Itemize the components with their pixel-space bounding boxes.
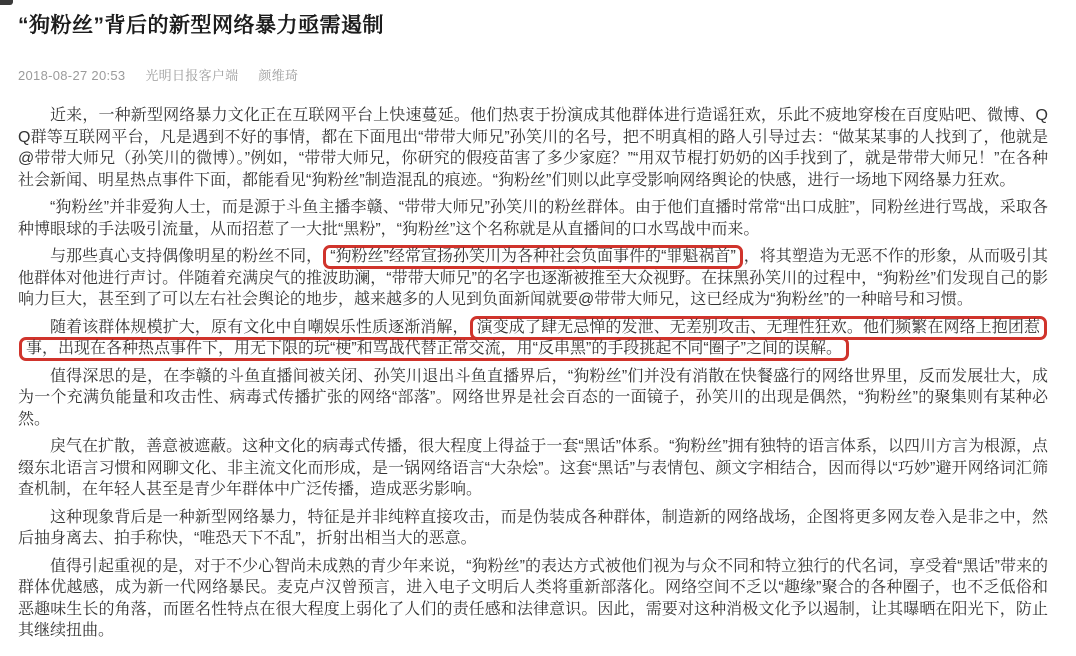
article-paragraph: 值得深思的是，在李赣的斗鱼直播间被关闭、孙笑川退出斗鱼直播界后，“狗粉丝”们并没… bbox=[18, 366, 1048, 431]
paragraph-text: “狗粉丝”并非爱狗人士，而是源于斗鱼主播李赣、“带带大师兄”孙笑川的粉丝群体。由… bbox=[18, 199, 1048, 238]
paragraph-text: 近来，一种新型网络暴力文化正在互联网平台上快速蔓延。他们热衷于扮演成其他群体进行… bbox=[18, 107, 1048, 189]
paragraph-text: 值得深思的是，在李赣的斗鱼直播间被关闭、孙笑川退出斗鱼直播界后，“狗粉丝”们并没… bbox=[18, 368, 1048, 428]
article-page: “狗粉丝”背后的新型网络暴力亟需遏制 2018-08-27 20:53 光明日报… bbox=[0, 0, 1076, 656]
article-paragraph: 这种现象背后是一种新型网络暴力，特征是并非纯粹直接攻击，而是伪装成各种群体，制造… bbox=[18, 507, 1048, 550]
paragraph-text: 戾气在扩散，善意被遮蔽。这种文化的病毒式传播，很大程度上得益于一套“黑话”体系。… bbox=[18, 438, 1048, 498]
article-meta: 2018-08-27 20:53 光明日报客户端 颜维琦 bbox=[18, 65, 1048, 84]
author-name: 颜维琦 bbox=[258, 68, 298, 83]
article-paragraph: 随着该群体规模扩大，原有文化中自嘲娱乐性质逐渐消解，演变成了肆无忌惮的发泄、无差… bbox=[18, 317, 1048, 360]
paragraph-text: 随着该群体规模扩大，原有文化中自嘲娱乐性质逐渐消解， bbox=[50, 319, 469, 336]
source-name: 光明日报客户端 bbox=[145, 68, 238, 83]
paragraph-text: 值得引起重视的是，对于不少心智尚未成熟的青少年来说，“狗粉丝”的表达方式被他们视… bbox=[18, 558, 1048, 640]
publish-datetime: 2018-08-27 20:53 bbox=[18, 68, 125, 83]
article-paragraph: 与那些真心支持偶像明星的粉丝不同，“狗粉丝”经常宣扬孙笑川为各种社会负面事件的“… bbox=[18, 246, 1048, 311]
corner-artifact bbox=[0, 0, 13, 5]
article-title: “狗粉丝”背后的新型网络暴力亟需遏制 bbox=[18, 12, 1048, 39]
article-paragraph: 值得引起重视的是，对于不少心智尚未成熟的青少年来说，“狗粉丝”的表达方式被他们视… bbox=[18, 556, 1048, 642]
article-paragraph: 戾气在扩散，善意被遮蔽。这种文化的病毒式传播，很大程度上得益于一套“黑话”体系。… bbox=[18, 436, 1048, 501]
article-paragraph: 近来，一种新型网络暴力文化正在互联网平台上快速蔓延。他们热衷于扮演成其他群体进行… bbox=[18, 105, 1048, 191]
article-body: 近来，一种新型网络暴力文化正在互联网平台上快速蔓延。他们热衷于扮演成其他群体进行… bbox=[18, 105, 1048, 642]
article-paragraph: “狗粉丝”并非爱狗人士，而是源于斗鱼主播李赣、“带带大师兄”孙笑川的粉丝群体。由… bbox=[18, 197, 1048, 240]
paragraph-text: 这种现象背后是一种新型网络暴力，特征是并非纯粹直接攻击，而是伪装成各种群体，制造… bbox=[18, 509, 1048, 548]
paragraph-text: 与那些真心支持偶像明星的粉丝不同， bbox=[50, 248, 322, 265]
highlight-box: “狗粉丝”经常宣扬孙笑川为各种社会负面事件的“罪魁祸首” bbox=[323, 245, 743, 269]
